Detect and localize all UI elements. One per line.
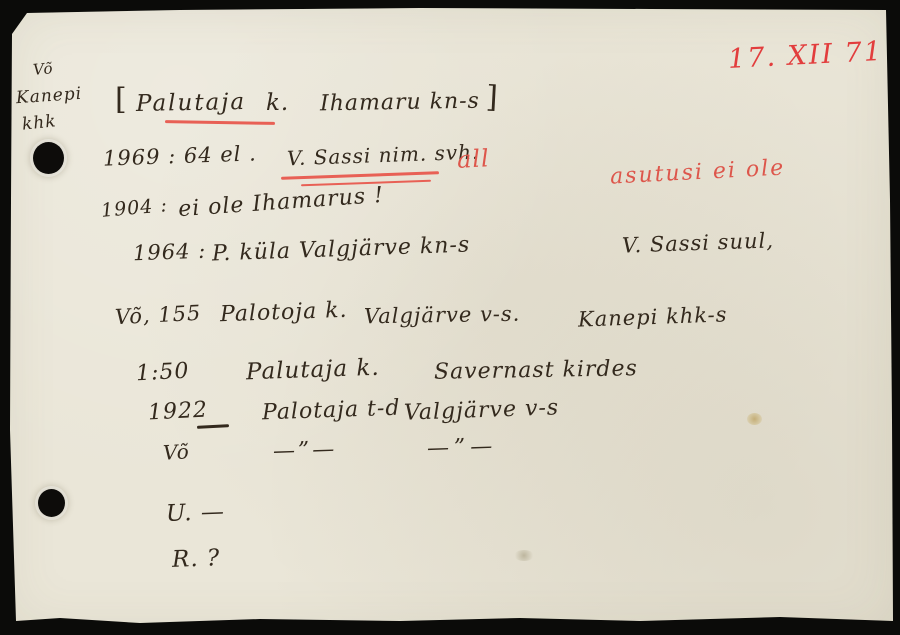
- scanned-document: Võ Kanepi khk 17. XII 71 [ Palutaja k. I…: [0, 0, 900, 635]
- red-underline-source-1: [281, 171, 439, 179]
- entry-1964-attribution: V. Sassi suul,: [622, 228, 775, 257]
- entry-vo155-source: Võ, 155: [114, 301, 201, 329]
- entry-1922-year: 1922: [147, 397, 208, 425]
- paper-smudge: [514, 550, 534, 561]
- punch-hole-top: [33, 142, 64, 174]
- entry-1922-name: Palotaja t-d: [262, 396, 401, 426]
- entry-vo155-location2: Kanepi khk-s: [578, 302, 728, 331]
- entry-r: R. ?: [172, 545, 221, 573]
- index-card: Võ Kanepi khk 17. XII 71 [ Palutaja k. I…: [0, 0, 900, 635]
- corner-county-label: Võ: [32, 59, 54, 79]
- red-underline-title: [165, 120, 275, 124]
- title-location: Ihamaru kn-s: [320, 89, 480, 117]
- ditto-mark-1: —”—: [273, 437, 338, 464]
- date-stamp: 17. XII 71: [727, 36, 883, 75]
- entry-1904-year: 1904 :: [100, 194, 168, 222]
- entry-1904-text: ei ole Ihamarus !: [177, 183, 384, 222]
- entry-150-location: Savernast kirdes: [434, 356, 638, 385]
- title-kind-abbrev: k.: [266, 90, 289, 116]
- corner-parish-abbrev: khk: [21, 111, 57, 135]
- entry-1964-year: 1964 :: [133, 239, 207, 266]
- entry-vo155-location1: Valgjärve v-s.: [364, 302, 521, 329]
- entry-1969-red-word: all: [456, 144, 490, 174]
- entry-vo155-name: Palotoja k.: [220, 298, 348, 327]
- entry-u: U. —: [166, 499, 226, 527]
- entry-1964-text: P. küla Valgjärve kn-s: [212, 233, 471, 267]
- entry-150-name: Palutaja k.: [246, 355, 381, 386]
- title-place-name: Palutaja: [136, 89, 247, 117]
- corner-parish-label: Kanepi: [15, 84, 82, 109]
- year-underline-stroke: [197, 424, 229, 428]
- red-annotation: asutusi ei ole: [609, 155, 785, 189]
- entry-150-scale: 1:50: [135, 359, 190, 387]
- ditto-mark-2: —”—: [427, 434, 498, 461]
- punch-hole-bottom: [38, 489, 65, 517]
- title-open-bracket: [: [115, 82, 128, 117]
- entry-ditto-source: Võ: [162, 439, 190, 464]
- title-close-bracket: ]: [485, 80, 500, 116]
- paper-stain: [747, 413, 762, 425]
- entry-1969-source: V. Sassi nim. svh.: [287, 140, 480, 171]
- entry-1969-year-pop: 1969 : 64 el .: [103, 141, 258, 170]
- entry-1922-location: Valgjärve v-s: [404, 395, 560, 425]
